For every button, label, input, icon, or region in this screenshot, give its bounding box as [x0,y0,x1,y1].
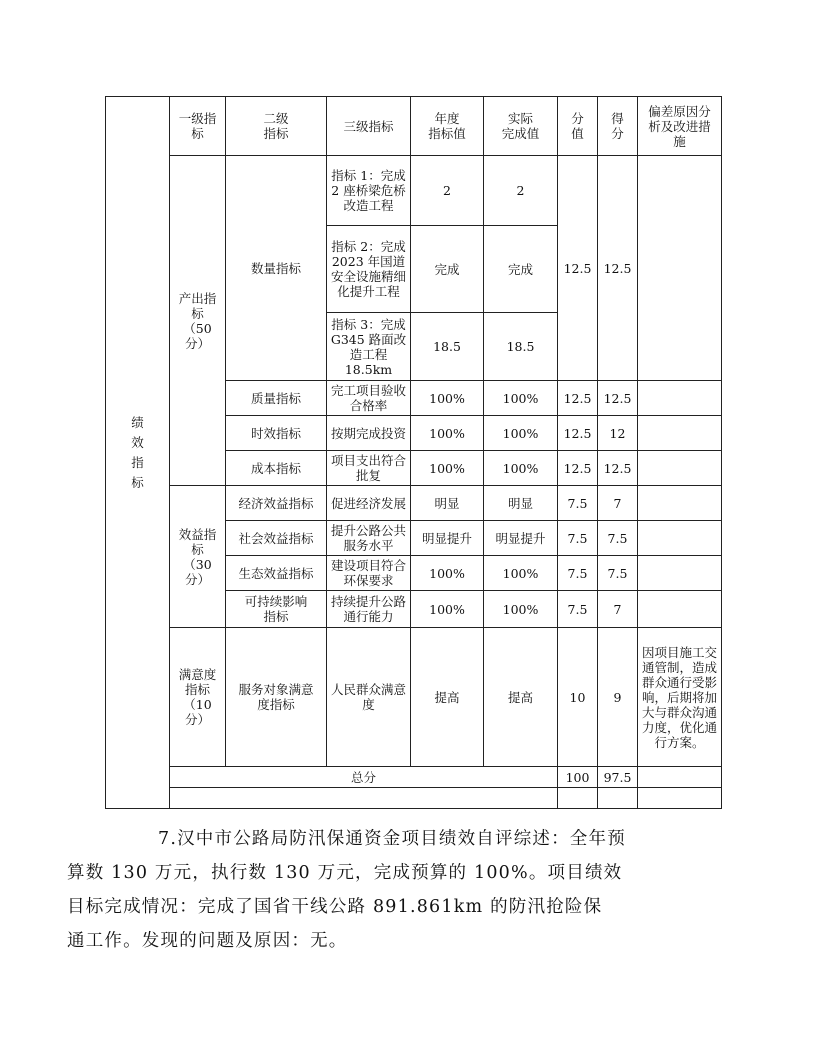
performance-table: 绩 效 指 标 一级指 标 二级 指标 三级指标 年度 指标值 实际 完成值 分… [105,96,722,809]
level2-quality: 质量指标 [226,381,327,416]
weight-cell: 12.5 [558,156,598,381]
level1-output: 产出指 标 （50 分） [170,156,226,486]
paragraph-line: 7.汉中市公路局防汛保通资金项目绩效自评综述：全年预 [120,822,720,856]
level2-cell: 服务对象满意 度指标 [226,628,327,767]
level3-cell: 人民群众满意度 [327,628,411,767]
deviation-cell [638,381,722,416]
level2-timeliness: 时效指标 [226,416,327,451]
level3-cell: 持续提升公路通行能力 [327,591,411,628]
target-cell: 100% [411,556,484,591]
level3-cell: 按期完成投资 [327,416,411,451]
weight-cell: 12.5 [558,416,598,451]
deviation-cell: 因项目施工交通管制，造成群众通行受影响，后期将加大与群众沟通力度，优化通行方案。 [638,628,722,767]
header-annual-target: 年度 指标值 [411,97,484,156]
weight-cell: 10 [558,628,598,767]
paragraph-line: 目标完成情况：完成了国省干线公路 891.861km 的防汛抢险保 [105,890,720,924]
level3-cell: 建设项目符合环保要求 [327,556,411,591]
score-cell: 7 [598,591,638,628]
total-weight: 100 [558,767,598,788]
table-row: 产出指 标 （50 分） 数量指标 指标 1：完成 2 座桥梁危桥改造工程 2 … [106,156,722,226]
level1-satisfaction: 满意度 指标 （10 分） [170,628,226,767]
score-cell: 12.5 [598,381,638,416]
empty-row [106,788,722,809]
deviation-cell [638,486,722,521]
target-cell: 18.5 [411,313,484,381]
table-row: 效益指 标 （30 分） 经济效益指标 促进经济发展 明显 明显 7.5 7 [106,486,722,521]
weight-cell: 7.5 [558,556,598,591]
actual-cell: 100% [484,451,558,486]
deviation-cell [638,556,722,591]
score-cell: 12.5 [598,156,638,381]
header-deviation: 偏差原因分 析及改进措 施 [638,97,722,156]
level2-cell: 经济效益指标 [226,486,327,521]
table-row: 满意度 指标 （10 分） 服务对象满意 度指标 人民群众满意度 提高 提高 1… [106,628,722,767]
actual-cell: 明显提升 [484,521,558,556]
deviation-cell [638,416,722,451]
deviation-cell [638,521,722,556]
weight-cell: 12.5 [558,381,598,416]
level3-cell: 提升公路公共服务水平 [327,521,411,556]
score-cell: 12 [598,416,638,451]
total-row: 总分 100 97.5 [106,767,722,788]
score-cell: 7.5 [598,556,638,591]
level2-quantity: 数量指标 [226,156,327,381]
empty-cell [638,788,722,809]
empty-cell [558,788,598,809]
target-cell: 明显提升 [411,521,484,556]
header-level1: 一级指 标 [170,97,226,156]
empty-cell [170,788,558,809]
target-cell: 100% [411,451,484,486]
actual-cell: 完成 [484,226,558,313]
target-cell: 100% [411,381,484,416]
level3-cell: 促进经济发展 [327,486,411,521]
level2-cell: 社会效益指标 [226,521,327,556]
level3-cell: 指标 1：完成 2 座桥梁危桥改造工程 [327,156,411,226]
score-cell: 9 [598,628,638,767]
header-score: 得 分 [598,97,638,156]
actual-cell: 100% [484,556,558,591]
level1-benefit: 效益指 标 （30 分） [170,486,226,628]
header-weight: 分 值 [558,97,598,156]
target-cell: 2 [411,156,484,226]
level2-cell: 生态效益指标 [226,556,327,591]
level2-cost: 成本指标 [226,451,327,486]
score-cell: 7 [598,486,638,521]
deviation-cell [638,451,722,486]
level3-cell: 指标 3：完成 G345 路面改造工程 18.5km [327,313,411,381]
header-level3: 三级指标 [327,97,411,156]
header-row: 绩 效 指 标 一级指 标 二级 指标 三级指标 年度 指标值 实际 完成值 分… [106,97,722,156]
deviation-cell [638,591,722,628]
weight-cell: 7.5 [558,591,598,628]
paragraph-line: 通工作。发现的问题及原因：无。 [105,924,720,958]
target-cell: 明显 [411,486,484,521]
total-label: 总分 [170,767,558,788]
level2-cell: 可持续影响 指标 [226,591,327,628]
actual-cell: 提高 [484,628,558,767]
weight-cell: 7.5 [558,521,598,556]
level3-cell: 完工项目验收合格率 [327,381,411,416]
actual-cell: 100% [484,381,558,416]
level3-cell: 项目支出符合批复 [327,451,411,486]
deviation-cell [638,156,722,381]
actual-cell: 明显 [484,486,558,521]
actual-cell: 2 [484,156,558,226]
header-level2: 二级 指标 [226,97,327,156]
paragraph-line: 算数 130 万元，执行数 130 万元，完成预算的 100%。项目绩效 [105,856,720,890]
actual-cell: 100% [484,416,558,451]
target-cell: 100% [411,416,484,451]
actual-cell: 18.5 [484,313,558,381]
score-cell: 7.5 [598,521,638,556]
summary-paragraph: 7.汉中市公路局防汛保通资金项目绩效自评综述：全年预 算数 130 万元，执行数… [120,822,720,958]
total-score: 97.5 [598,767,638,788]
side-label-performance: 绩 效 指 标 [106,97,170,809]
target-cell: 完成 [411,226,484,313]
target-cell: 提高 [411,628,484,767]
total-deviation [638,767,722,788]
header-actual: 实际 完成值 [484,97,558,156]
weight-cell: 7.5 [558,486,598,521]
empty-cell [598,788,638,809]
score-cell: 12.5 [598,451,638,486]
level3-cell: 指标 2：完成 2023 年国道安全设施精细化提升工程 [327,226,411,313]
target-cell: 100% [411,591,484,628]
actual-cell: 100% [484,591,558,628]
weight-cell: 12.5 [558,451,598,486]
